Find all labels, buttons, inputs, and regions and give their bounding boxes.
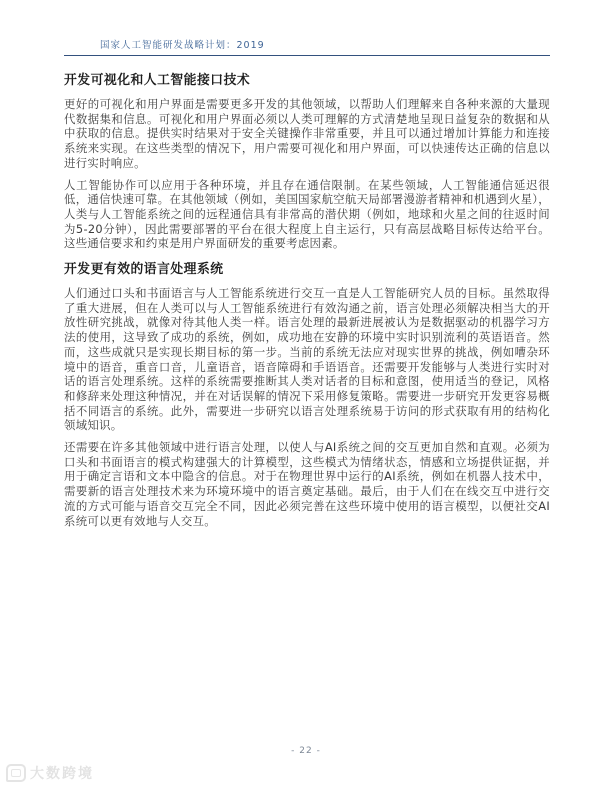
section-visualization-interfaces: 开发可视化和人工智能接口技术 更好的可视化和用户界面是需要更多开发的其他领域，以…: [64, 69, 550, 251]
document-page: 国家人工智能研发战略计划：2019 开发可视化和人工智能接口技术 更好的可视化和…: [0, 0, 612, 792]
watermark-logo-icon: [6, 764, 26, 782]
watermark: 大数跨境: [6, 763, 94, 783]
section-heading-language: 开发更有效的语言处理系统: [64, 258, 550, 277]
page-number: - 22 -: [0, 746, 612, 756]
document-title: 国家人工智能研发战略计划：2019: [100, 40, 550, 52]
header-rule: [64, 55, 550, 56]
page-content: 国家人工智能研发战略计划：2019 开发可视化和人工智能接口技术 更好的可视化和…: [64, 40, 550, 535]
page-header: 国家人工智能研发战略计划：2019: [64, 40, 550, 56]
section-language-processing: 开发更有效的语言处理系统 人们通过口头和书面语言与人工智能系统进行交互一直是人工…: [64, 258, 550, 528]
paragraph-visualization-1: 更好的可视化和用户界面是需要更多开发的其他领域，以帮助人们理解来自各种来源的大量…: [64, 97, 550, 171]
paragraph-language-2: 还需要在许多其他领域中进行语言处理，以使人与AI系统之间的交互更加自然和直观。必…: [64, 440, 550, 528]
section-heading-visualization: 开发可视化和人工智能接口技术: [64, 69, 550, 88]
paragraph-visualization-2: 人工智能协作可以应用于各种环境，并且存在通信限制。在某些领域，人工智能通信延迟很…: [64, 178, 550, 252]
paragraph-language-1: 人们通过口头和书面语言与人工智能系统进行交互一直是人工智能研究人员的目标。虽然取…: [64, 286, 550, 433]
watermark-label: 大数跨境: [30, 763, 94, 783]
